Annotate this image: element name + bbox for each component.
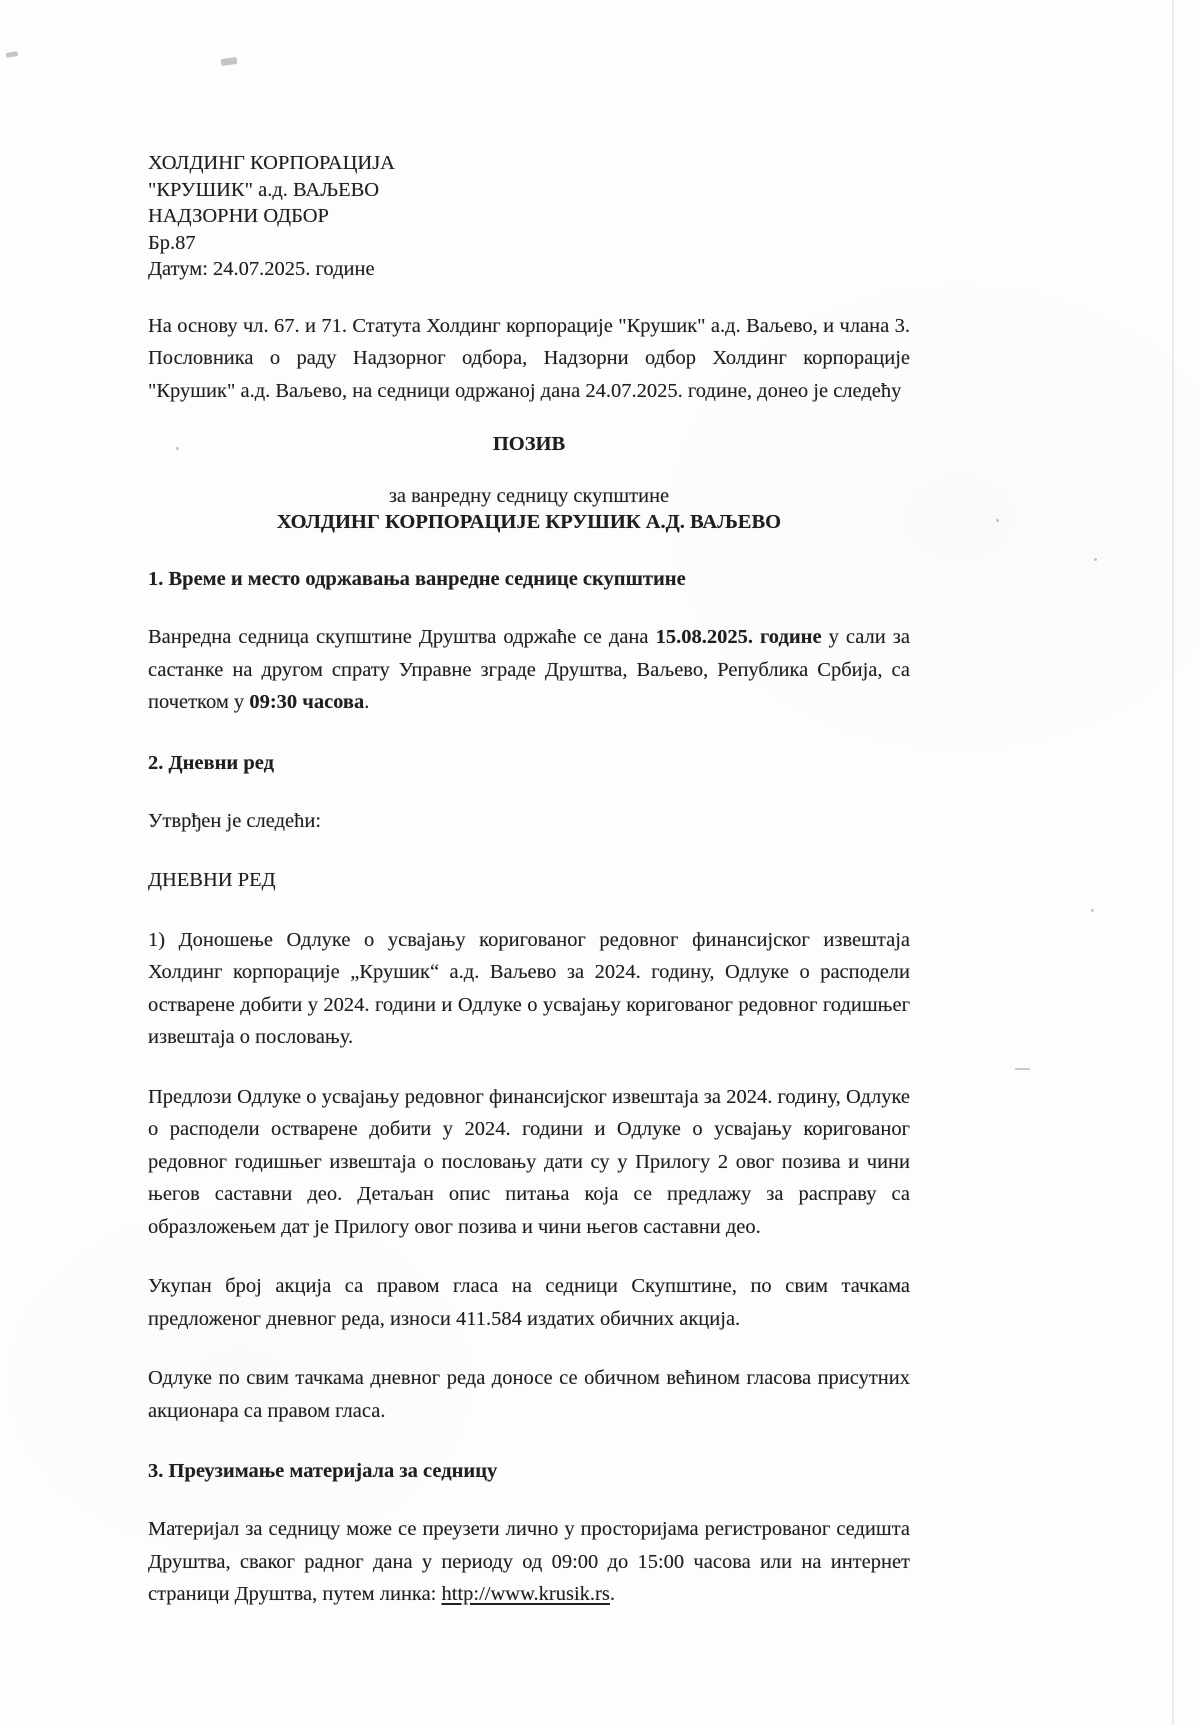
scan-smudge [6,51,19,58]
agenda-item-1: 1) Доношење Одлуке о усвајању кориговано… [148,924,910,1054]
meeting-date: 15.08.2025. године [656,626,822,648]
scan-smudge [221,57,238,66]
scan-dash [1015,1068,1030,1070]
main-title: ПОЗИВ [148,429,910,459]
doc-date: Датум: 24.07.2025. године [148,256,910,283]
doc-number: Бр.87 [148,230,910,257]
shares-count-paragraph: Укупан број акција са правом гласа на се… [148,1270,910,1335]
materials-paragraph: Материјал за седницу може се преузети ли… [148,1513,910,1611]
org-name-line3: НАДЗОРНИ ОДБОР [148,203,910,230]
proposals-paragraph: Предлози Одлуке о усвајању редовног фина… [148,1081,910,1244]
materials-text-end: . [610,1583,615,1605]
section-1-paragraph: Ванредна седница скупштине Друштва одржа… [148,621,910,719]
subtitle-company-name: ХОЛДИНГ КОРПОРАЦИЈЕ КРУШИК А.Д. ВАЉЕВО [148,509,910,535]
scan-page-edge-line [1172,0,1174,1725]
org-name-line1: ХОЛДИНГ КОРПОРАЦИЈА [148,150,910,177]
org-name-line2: "КРУШИК" а.д. ВАЉЕВО [148,177,910,204]
scan-speck [1091,909,1094,912]
agenda-title: ДНЕВНИ РЕД [148,864,910,897]
meeting-time: 09:30 часова [249,691,364,713]
scan-speck [996,519,999,522]
scan-speck [1094,558,1097,561]
section-2-heading: 2. Дневни ред [148,748,910,778]
website-link[interactable]: http://www.krusik.rs [442,1583,610,1605]
scanned-document-page: ХОЛДИНГ КОРПОРАЦИЈА "КРУШИК" а.д. ВАЉЕВО… [0,0,1199,1725]
letterhead: ХОЛДИНГ КОРПОРАЦИЈА "КРУШИК" а.д. ВАЉЕВО… [148,150,910,283]
intro-paragraph: На основу чл. 67. и 71. Статута Холдинг … [148,310,910,408]
section-1-heading: 1. Време и место одржавања ванредне седн… [148,564,910,594]
section-1-text-start: Ванредна седница скупштине Друштва одржа… [148,626,656,648]
document-body: ХОЛДИНГ КОРПОРАЦИЈА "КРУШИК" а.д. ВАЉЕВО… [148,150,910,1611]
agenda-intro: Утврђен је следећи: [148,805,910,838]
section-1-text-end: . [364,691,369,713]
voting-majority-paragraph: Одлуке по свим тачкама дневног реда доно… [148,1362,910,1427]
subtitle-session-type: за ванредну седницу скупштине [148,483,910,509]
section-3-heading: 3. Преузимање материјала за седницу [148,1456,910,1486]
